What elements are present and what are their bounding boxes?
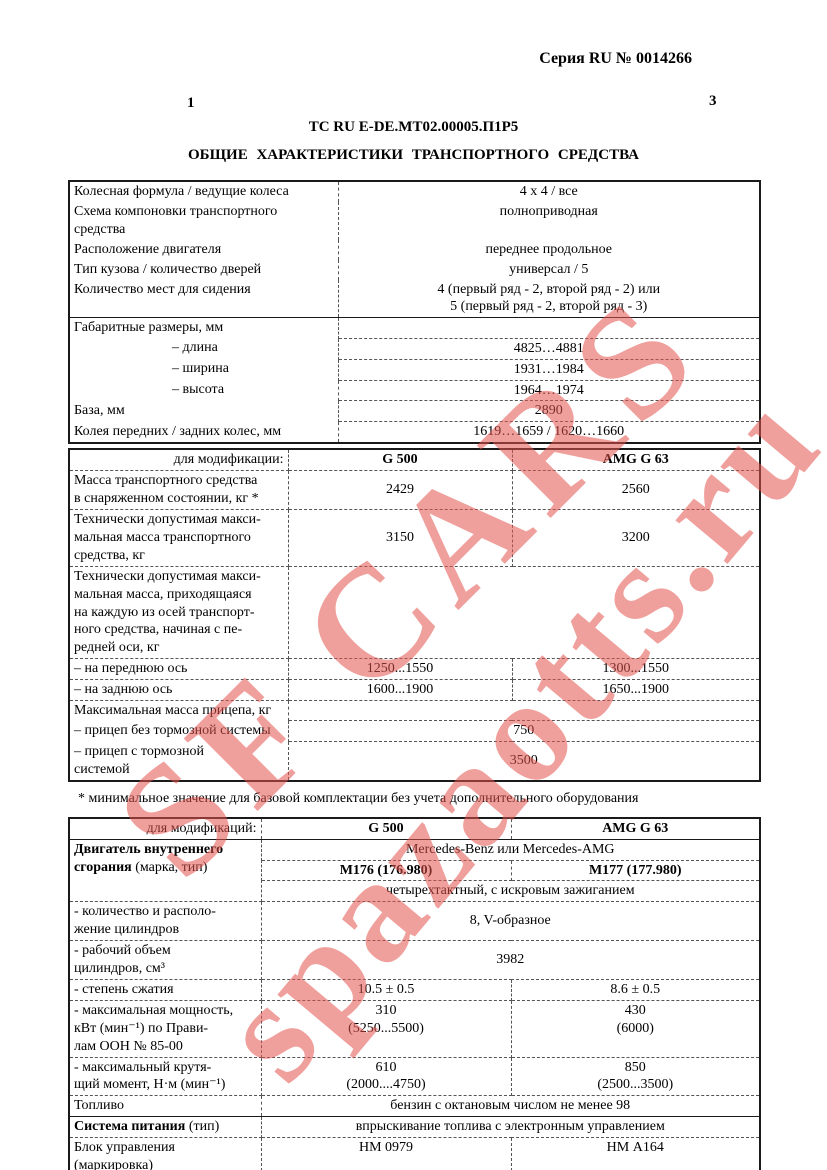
table-header-row: для модификации: G 500 AMG G 63 bbox=[69, 449, 760, 470]
engine-brand: Mercedes-Benz или Mercedes-AMG bbox=[261, 839, 760, 860]
table-row: Топливо бензин с октановым числом не мен… bbox=[69, 1096, 760, 1117]
row-value: 1619…1659 / 1620…1660 bbox=[338, 422, 760, 443]
table-row: Габаритные размеры, мм bbox=[69, 318, 760, 338]
engine-label: Двигатель внутреннего сгорания (марка, т… bbox=[69, 839, 261, 902]
row-label: - максимальная мощность, кВт (мин⁻¹) по … bbox=[69, 1000, 261, 1057]
table-row: Технически допустимая макси- мальная мас… bbox=[69, 566, 760, 659]
table-row: - максимальная мощность, кВт (мин⁻¹) по … bbox=[69, 1000, 760, 1057]
column-header-g500: G 500 bbox=[288, 449, 512, 470]
row-value: 4 х 4 / все bbox=[338, 181, 760, 202]
table-row: Технически допустимая макси- мальная мас… bbox=[69, 510, 760, 567]
table-row: Блок управления (маркировка) НМ 0979 НМ … bbox=[69, 1138, 760, 1170]
row-label-rest: (тип) bbox=[185, 1119, 219, 1134]
engine-cycle: четырехтактный, с искровым зажиганием bbox=[261, 881, 760, 902]
row-value: 1931…1984 bbox=[338, 359, 760, 380]
row-label: – прицеп с тормозной системой bbox=[69, 742, 288, 781]
row-label: Технически допустимая макси- мальная мас… bbox=[69, 510, 288, 567]
row-value: 2890 bbox=[338, 401, 760, 422]
engine-type-amg-g63: М177 (177.980) bbox=[511, 860, 760, 881]
table-header-row: для модификаций: G 500 AMG G 63 bbox=[69, 818, 760, 839]
row-value: 310 (5250...5500) bbox=[261, 1000, 511, 1057]
mass-table: для модификации: G 500 AMG G 63 Масса тр… bbox=[68, 448, 761, 781]
document-page: SF CARS spazaotts.ru Серия RU № 0014266 … bbox=[0, 0, 827, 1170]
row-value bbox=[288, 701, 760, 721]
row-label: - количество и располо- жение цилиндров bbox=[69, 902, 261, 941]
table-row: – длина 4825…4881 bbox=[69, 338, 760, 359]
row-value: 1250...1550 bbox=[288, 659, 512, 680]
engine-label-rest: (марка, тип) bbox=[132, 860, 208, 875]
page-number-right: 3 bbox=[709, 93, 717, 110]
page-number-left: 1 bbox=[187, 95, 195, 112]
row-value: универсал / 5 bbox=[338, 260, 760, 280]
row-value: 3500 bbox=[288, 742, 760, 781]
table-row: – прицеп без тормозной системы 750 bbox=[69, 721, 760, 742]
row-label: – на заднюю ось bbox=[69, 680, 288, 701]
row-label: Колесная формула / ведущие колеса bbox=[69, 181, 338, 202]
table-row: – на заднюю ось 1600...1900 1650...1900 bbox=[69, 680, 760, 701]
page-title: ОБЩИЕ ХАРАКТЕРИСТИКИ ТРАНСПОРТНОГО СРЕДС… bbox=[0, 147, 827, 164]
row-label: Количество мест для сидения bbox=[69, 280, 338, 318]
modification-header-label: для модификации: bbox=[69, 449, 288, 470]
general-characteristics-table: Колесная формула / ведущие колеса 4 х 4 … bbox=[68, 180, 761, 444]
row-label: Колея передних / задних колес, мм bbox=[69, 422, 338, 443]
table-row: Колея передних / задних колес, мм 1619…1… bbox=[69, 422, 760, 443]
table-row: - рабочий объем цилиндров, см³ 3982 bbox=[69, 941, 760, 980]
table-row: Система питания (тип) впрыскивание топли… bbox=[69, 1117, 760, 1138]
modification-header-label: для модификаций: bbox=[69, 818, 261, 839]
row-label: – ширина bbox=[69, 359, 338, 380]
row-label: Топливо bbox=[69, 1096, 261, 1117]
row-label: Система питания (тип) bbox=[69, 1117, 261, 1138]
table-row: Расположение двигателя переднее продольн… bbox=[69, 240, 760, 260]
row-label: Габаритные размеры, мм bbox=[69, 318, 338, 338]
row-value: 3150 bbox=[288, 510, 512, 567]
row-label: Расположение двигателя bbox=[69, 240, 338, 260]
row-value bbox=[288, 566, 760, 659]
engine-type-g500: М176 (176.980) bbox=[261, 860, 511, 881]
row-value: 2429 bbox=[288, 471, 512, 510]
document-body: Колесная формула / ведущие колеса 4 х 4 … bbox=[68, 180, 761, 1170]
row-value: 8, V-образное bbox=[261, 902, 760, 941]
row-value: 2560 bbox=[512, 471, 760, 510]
row-value: 610 (2000....4750) bbox=[261, 1057, 511, 1096]
row-label: Схема компоновки транспортного средства bbox=[69, 202, 338, 240]
row-label: Максимальная масса прицепа, кг bbox=[69, 701, 288, 721]
row-label: Технически допустимая макси- мальная мас… bbox=[69, 566, 288, 659]
table-row: Колесная формула / ведущие колеса 4 х 4 … bbox=[69, 181, 760, 202]
table-row: Схема компоновки транспортного средства … bbox=[69, 202, 760, 240]
row-label: – прицеп без тормозной системы bbox=[69, 721, 288, 742]
row-value: НМ 0979 bbox=[261, 1138, 511, 1170]
table-row: Двигатель внутреннего сгорания (марка, т… bbox=[69, 839, 760, 860]
row-label: Масса транспортного средства в снаряженн… bbox=[69, 471, 288, 510]
row-value: 8.6 ± 0.5 bbox=[511, 979, 760, 1000]
row-value: 10.5 ± 0.5 bbox=[261, 979, 511, 1000]
row-value: бензин с октановым числом не менее 98 bbox=[261, 1096, 760, 1117]
row-value: 430 (6000) bbox=[511, 1000, 760, 1057]
table-row: - максимальный крутя- щий момент, Н·м (м… bbox=[69, 1057, 760, 1096]
row-label: – на переднюю ось bbox=[69, 659, 288, 680]
table-row: - степень сжатия 10.5 ± 0.5 8.6 ± 0.5 bbox=[69, 979, 760, 1000]
table-row: – высота 1964…1974 bbox=[69, 380, 760, 401]
column-header-amg-g63: AMG G 63 bbox=[512, 449, 760, 470]
row-label-bold: Система питания bbox=[74, 1119, 185, 1134]
series-number: Серия RU № 0014266 bbox=[0, 50, 692, 68]
row-label: – длина bbox=[69, 338, 338, 359]
table-row: – на переднюю ось 1250...1550 1300...155… bbox=[69, 659, 760, 680]
row-label: - степень сжатия bbox=[69, 979, 261, 1000]
row-value: 1300...1550 bbox=[512, 659, 760, 680]
column-header-g500: G 500 bbox=[261, 818, 511, 839]
row-value bbox=[338, 318, 760, 338]
engine-table: для модификаций: G 500 AMG G 63 Двигател… bbox=[68, 817, 761, 1170]
row-value: 1650...1900 bbox=[512, 680, 760, 701]
footnote: * минимальное значение для базовой компл… bbox=[78, 791, 761, 807]
row-value: 4825…4881 bbox=[338, 338, 760, 359]
table-row: – ширина 1931…1984 bbox=[69, 359, 760, 380]
table-row: База, мм 2890 bbox=[69, 401, 760, 422]
table-row: – прицеп с тормозной системой 3500 bbox=[69, 742, 760, 781]
row-value: 3982 bbox=[261, 941, 760, 980]
row-value: 4 (первый ряд - 2, второй ряд - 2) или 5… bbox=[338, 280, 760, 318]
approval-number: ТС RU E-DE.MT02.00005.П1Р5 bbox=[0, 119, 827, 136]
table-row: Масса транспортного средства в снаряженн… bbox=[69, 471, 760, 510]
row-value: 1964…1974 bbox=[338, 380, 760, 401]
row-value: НМ А164 bbox=[511, 1138, 760, 1170]
table-row: - количество и располо- жение цилиндров … bbox=[69, 902, 760, 941]
row-value: 850 (2500...3500) bbox=[511, 1057, 760, 1096]
row-value: переднее продольное bbox=[338, 240, 760, 260]
row-value: впрыскивание топлива с электронным управ… bbox=[261, 1117, 760, 1138]
row-label: Блок управления (маркировка) bbox=[69, 1138, 261, 1170]
row-label: База, мм bbox=[69, 401, 338, 422]
row-label: Тип кузова / количество дверей bbox=[69, 260, 338, 280]
table-row: Тип кузова / количество дверей универсал… bbox=[69, 260, 760, 280]
row-label: - максимальный крутя- щий момент, Н·м (м… bbox=[69, 1057, 261, 1096]
row-value: полноприводная bbox=[338, 202, 760, 240]
column-header-amg-g63: AMG G 63 bbox=[511, 818, 760, 839]
row-label: – высота bbox=[69, 380, 338, 401]
row-value: 1600...1900 bbox=[288, 680, 512, 701]
row-value: 750 bbox=[288, 721, 760, 742]
table-row: Максимальная масса прицепа, кг bbox=[69, 701, 760, 721]
row-label: - рабочий объем цилиндров, см³ bbox=[69, 941, 261, 980]
row-value: 3200 bbox=[512, 510, 760, 567]
table-row: Количество мест для сидения 4 (первый ря… bbox=[69, 280, 760, 318]
